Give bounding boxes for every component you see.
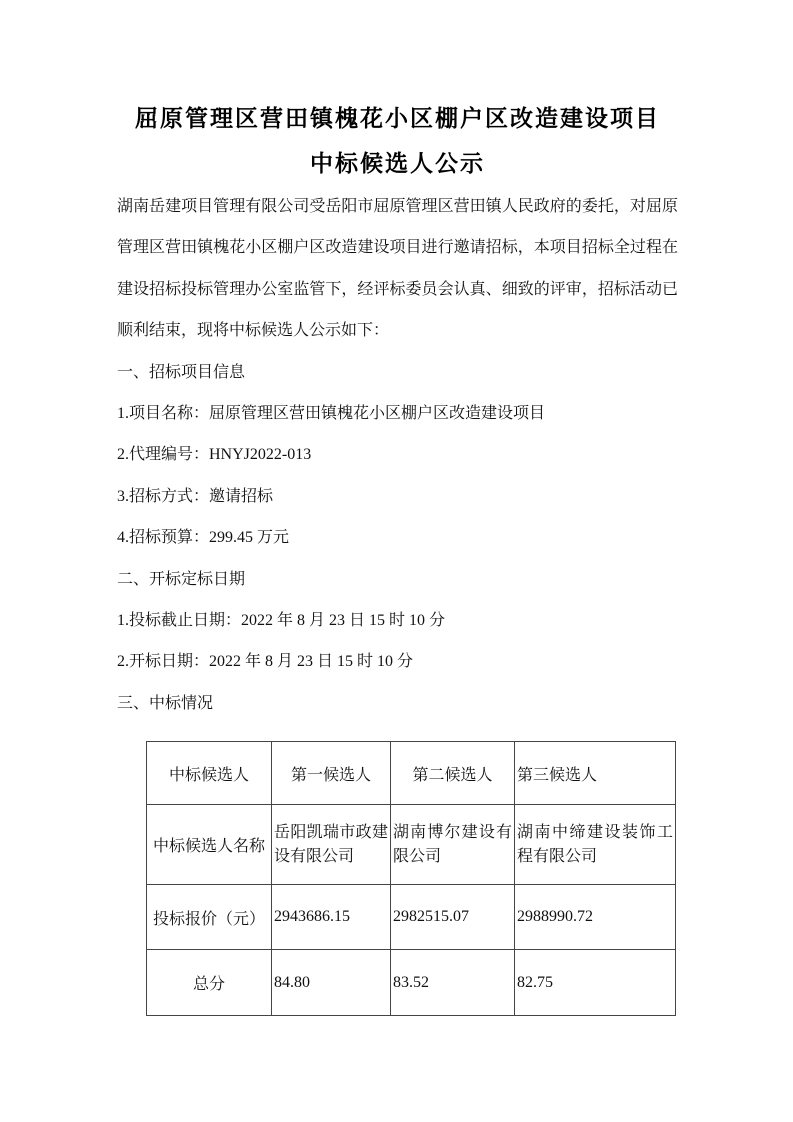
cell-first-candidate-price: 2943686.15	[272, 885, 391, 950]
cell-second-candidate-name: 湖南博尔建设有限公司	[391, 805, 515, 885]
section-1-heading: 一、招标项目信息	[117, 352, 678, 393]
table-row-candidate-names: 中标候选人名称 岳阳凯瑞市政建设有限公司 湖南博尔建设有限公司 湖南中缔建设装饰…	[147, 805, 676, 885]
row-label-candidate-names: 中标候选人名称	[147, 805, 272, 885]
candidates-table: 中标候选人 第一候选人 第二候选人 第三候选人 中标候选人名称 岳阳凯瑞市政建设…	[146, 741, 676, 1016]
row-label-total-score: 总分	[147, 950, 272, 1016]
cell-second-candidate-score: 83.52	[391, 950, 515, 1016]
document-title: 屈原管理区营田镇槐花小区棚户区改造建设项目 中标候选人公示	[117, 96, 678, 186]
cell-first-candidate-score: 84.80	[272, 950, 391, 1016]
table-row-total-score: 总分 84.80 83.52 82.75	[147, 950, 676, 1016]
cell-first-candidate-name: 岳阳凯瑞市政建设有限公司	[272, 805, 391, 885]
row-label-bid-price: 投标报价（元）	[147, 885, 272, 950]
title-line-1: 屈原管理区营田镇槐花小区棚户区改造建设项目	[117, 96, 678, 141]
item-bid-deadline: 1.投标截止日期：2022 年 8 月 23 日 15 时 10 分	[117, 600, 678, 641]
cell-third-candidate-name: 湖南中缔建设装饰工程有限公司	[515, 805, 676, 885]
item-agency-number: 2.代理编号：HNYJ2022-013	[117, 434, 678, 475]
intro-paragraph: 湖南岳建项目管理有限公司受岳阳市屈原管理区营田镇人民政府的委托，对屈原管理区营田…	[117, 186, 678, 352]
header-cell-third-candidate: 第三候选人	[515, 742, 676, 805]
section-2-heading: 二、开标定标日期	[117, 559, 678, 600]
item-bid-opening-date: 2.开标日期：2022 年 8 月 23 日 15 时 10 分	[117, 641, 678, 682]
header-cell-candidate: 中标候选人	[147, 742, 272, 805]
document-page: 屈原管理区营田镇槐花小区棚户区改造建设项目 中标候选人公示 湖南岳建项目管理有限…	[0, 0, 793, 1122]
document-content: 屈原管理区营田镇槐花小区棚户区改造建设项目 中标候选人公示 湖南岳建项目管理有限…	[117, 96, 678, 1016]
item-bid-method: 3.招标方式：邀请招标	[117, 476, 678, 517]
cell-third-candidate-score: 82.75	[515, 950, 676, 1016]
section-3-heading: 三、中标情况	[117, 683, 678, 724]
header-cell-second-candidate: 第二候选人	[391, 742, 515, 805]
cell-third-candidate-price: 2988990.72	[515, 885, 676, 950]
table-row-bid-price: 投标报价（元） 2943686.15 2982515.07 2988990.72	[147, 885, 676, 950]
table-header-row: 中标候选人 第一候选人 第二候选人 第三候选人	[147, 742, 676, 805]
title-line-2: 中标候选人公示	[117, 141, 678, 186]
item-bid-budget: 4.招标预算：299.45 万元	[117, 517, 678, 558]
item-project-name: 1.项目名称：屈原管理区营田镇槐花小区棚户区改造建设项目	[117, 393, 678, 434]
cell-second-candidate-price: 2982515.07	[391, 885, 515, 950]
header-cell-first-candidate: 第一候选人	[272, 742, 391, 805]
